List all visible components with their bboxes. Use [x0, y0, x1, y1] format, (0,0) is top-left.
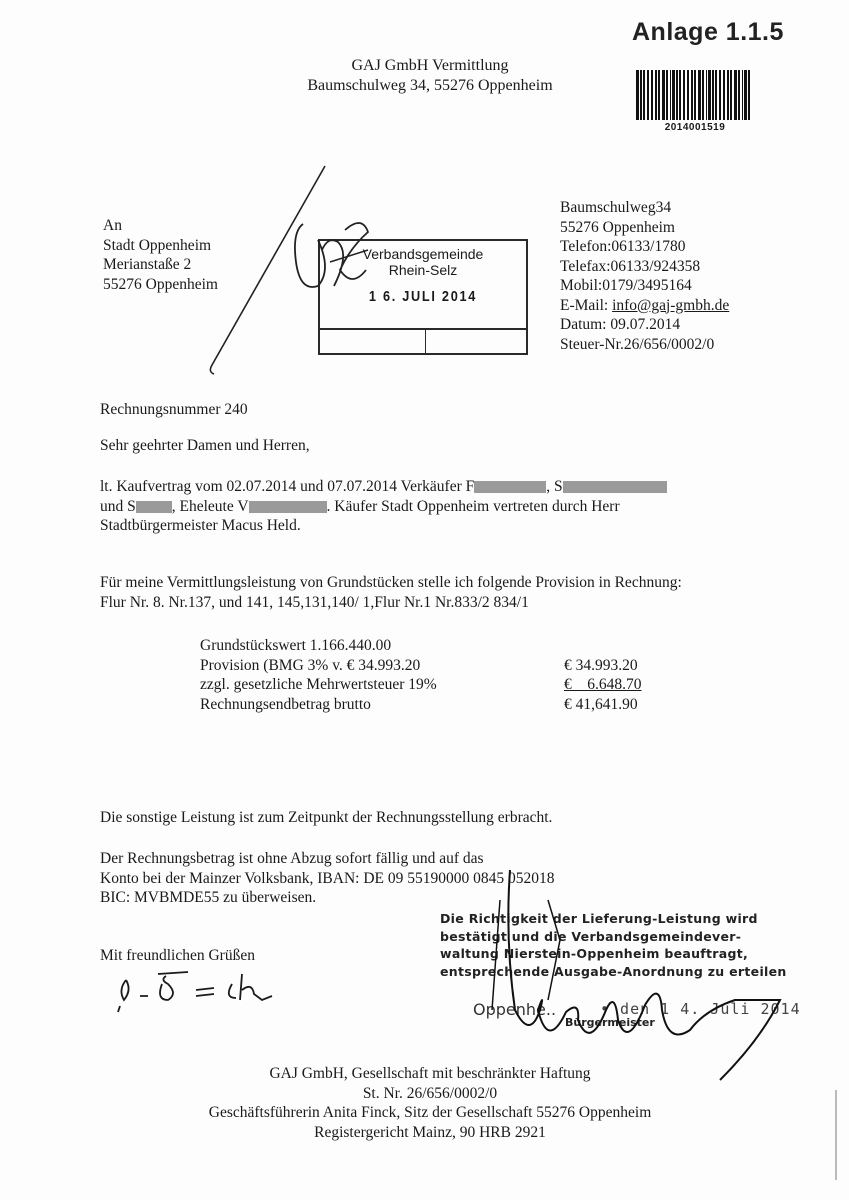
- recipient-line: 55276 Oppenheim: [103, 275, 218, 295]
- contract-text: lt. Kaufvertrag vom 02.07.2014 und 07.07…: [100, 478, 474, 495]
- contract-text: . Käufer Stadt Oppenheim vertreten durch…: [327, 498, 620, 515]
- calc-row: zzgl. gesetzliche Mehrwertsteuer 19% € 6…: [200, 675, 680, 695]
- email-label: E-Mail:: [560, 297, 612, 314]
- payment-line: Der Rechnungsbetrag ist ohne Abzug sofor…: [100, 849, 554, 869]
- calc-amount-total: € 41,641.90: [564, 695, 680, 715]
- payment-line: Konto bei der Mainzer Volksbank, IBAN: D…: [100, 869, 554, 889]
- company-address: Baumschulweg 34, 55276 Oppenheim: [250, 76, 610, 96]
- footer-line: St. Nr. 26/656/0002/0: [130, 1084, 730, 1104]
- sender-signature: [118, 972, 272, 1012]
- approval-stamp: Die Richtigkeit der Lieferung-Leistung w…: [440, 910, 800, 980]
- calc-row: Provision (BMG 3% v. € 34.993.20 € 34.99…: [200, 656, 680, 676]
- received-stamp-authority: Verbandsgemeinde Rhein-Selz: [318, 246, 528, 278]
- email-link[interactable]: info@gaj-gmbh.de: [612, 297, 729, 314]
- recipient-line: An: [103, 216, 218, 236]
- calc-label: Rechnungsendbetrag brutto: [200, 695, 371, 715]
- calculation-table: Grundstückswert 1.166.440.00 Provision (…: [200, 636, 680, 714]
- approval-line: entsprechende Ausgabe-Anordnung zu ertei…: [440, 963, 800, 981]
- redaction-block: [136, 501, 172, 513]
- sender-city: 55276 Oppenheim: [560, 218, 729, 238]
- redaction-block: [474, 481, 546, 493]
- sender-street: Baumschulweg34: [560, 198, 729, 218]
- approval-place: Oppenhe..: [473, 1000, 556, 1019]
- redaction-block: [563, 481, 667, 493]
- received-stamp-date: 1 6. JULI 2014: [334, 288, 513, 305]
- sender-date: Datum: 09.07.2014: [560, 315, 729, 335]
- invoice-number: Rechnungsnummer 240: [100, 400, 248, 420]
- contract-line: Stadtbürgermeister Macus Held.: [100, 516, 740, 536]
- redaction-block: [249, 501, 327, 513]
- approval-role: Bürgermeister: [565, 1016, 655, 1029]
- approval-line: bestätigt und die Verbandsgemeindever-: [440, 928, 800, 946]
- stamp-line: Rhein-Selz: [318, 262, 528, 278]
- closing: Mit freundlichen Grüßen: [100, 946, 255, 966]
- contract-text: , S: [546, 478, 562, 495]
- calc-row: Rechnungsendbetrag brutto € 41,641.90: [200, 695, 680, 715]
- contract-line: und S, Eheleute V. Käufer Stadt Oppenhei…: [100, 497, 740, 517]
- barcode-number: 2014001519: [636, 122, 754, 133]
- approval-line: Die Richtigkeit der Lieferung-Leistung w…: [440, 910, 800, 928]
- sender-fax: Telefax:06133/924358: [560, 257, 729, 277]
- payment-instructions: Der Rechnungsbetrag ist ohne Abzug sofor…: [100, 849, 554, 908]
- annex-label: Anlage 1.1.5: [632, 18, 784, 47]
- calc-amount: € 6.648.70: [564, 675, 680, 695]
- calc-label: zzgl. gesetzliche Mehrwertsteuer 19%: [200, 675, 437, 695]
- barcode-icon: [636, 70, 751, 120]
- sender-email-row: E-Mail: info@gaj-gmbh.de: [560, 296, 729, 316]
- letterhead: GAJ GmbH Vermittlung Baumschulweg 34, 55…: [250, 56, 610, 96]
- diagonal-pen-stroke: [210, 166, 325, 374]
- calc-amount: € 34.993.20: [564, 656, 680, 676]
- sender-phone: Telefon:06133/1780: [560, 237, 729, 257]
- contract-line: lt. Kaufvertrag vom 02.07.2014 und 07.07…: [100, 477, 740, 497]
- recipient-address: An Stadt Oppenheim Merianstaße 2 55276 O…: [103, 216, 218, 294]
- footer-line: Geschäftsführerin Anita Finck, Sitz der …: [130, 1103, 730, 1123]
- calc-row: Grundstückswert 1.166.440.00: [200, 636, 680, 656]
- footer-line: GAJ GmbH, Gesellschaft mit beschränkter …: [130, 1064, 730, 1084]
- recipient-line: Stadt Oppenheim: [103, 236, 218, 256]
- company-name: GAJ GmbH Vermittlung: [250, 56, 610, 76]
- stamp-divider: [320, 328, 526, 330]
- salutation: Sehr geehrter Damen und Herren,: [100, 436, 310, 456]
- contract-reference: lt. Kaufvertrag vom 02.07.2014 und 07.07…: [100, 477, 740, 536]
- calc-label: Grundstückswert 1.166.440.00: [200, 636, 391, 656]
- calc-amount: [564, 636, 680, 656]
- contract-text: , Eheleute V: [172, 498, 249, 515]
- stamp-divider: [425, 328, 426, 353]
- company-footer: GAJ GmbH, Gesellschaft mit beschränkter …: [130, 1064, 730, 1142]
- calc-label: Provision (BMG 3% v. € 34.993.20: [200, 656, 420, 676]
- sender-tax-number: Steuer-Nr.26/656/0002/0: [560, 335, 729, 355]
- sender-mobile: Mobil:0179/3495164: [560, 276, 729, 296]
- service-line: Flur Nr. 8. Nr.137, und 141, 145,131,140…: [100, 593, 800, 613]
- footer-line: Registergericht Mainz, 90 HRB 2921: [130, 1123, 730, 1143]
- service-line: Für meine Vermittlungsleistung von Grund…: [100, 573, 800, 593]
- service-description: Für meine Vermittlungsleistung von Grund…: [100, 573, 800, 612]
- sender-contact: Baumschulweg34 55276 Oppenheim Telefon:0…: [560, 198, 729, 354]
- payment-line: BIC: MVBMDE55 zu überweisen.: [100, 888, 554, 908]
- approval-line: waltung Nierstein-Oppenheim beauftragt,: [440, 945, 800, 963]
- stamp-line: Verbandsgemeinde: [318, 246, 528, 262]
- recipient-line: Merianstaße 2: [103, 255, 218, 275]
- contract-text: und S: [100, 498, 136, 515]
- service-notice: Die sonstige Leistung ist zum Zeitpunkt …: [100, 808, 552, 828]
